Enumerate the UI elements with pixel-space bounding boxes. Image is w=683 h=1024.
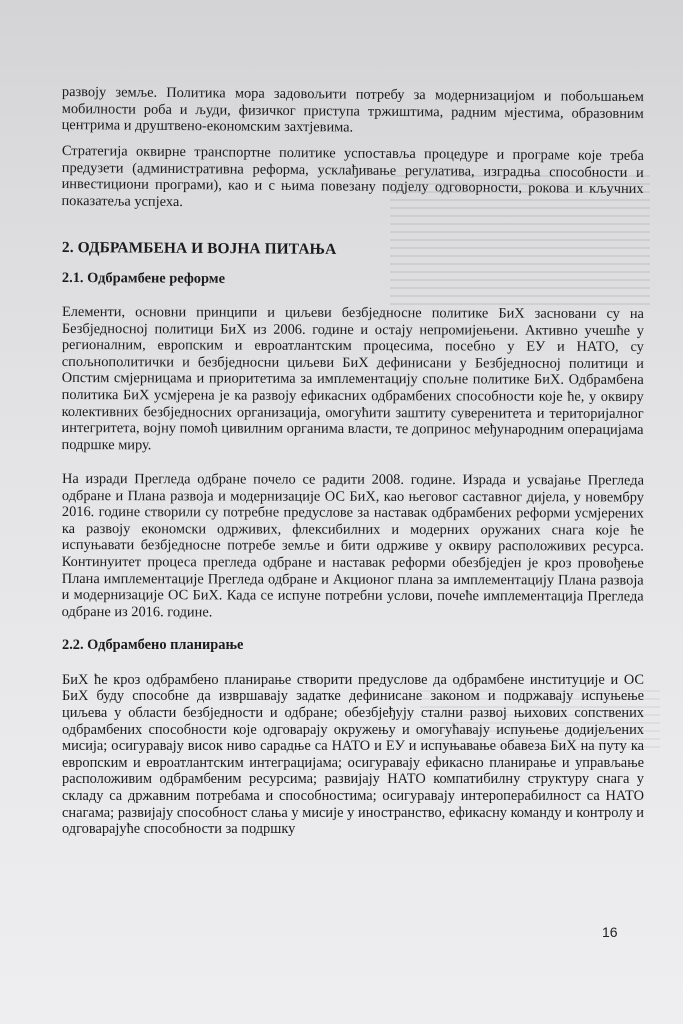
page-number: 16 <box>602 924 618 940</box>
page-content: развоју земље. Политика мора задовољити … <box>62 84 644 838</box>
defense-planning-paragraph: БиХ ће кроз одбрамбено планирање створит… <box>62 672 644 838</box>
defense-reforms-paragraph-1: Елементи, основни принципи и циљеви безб… <box>61 304 644 455</box>
subsection-heading-defense-planning: 2.2. Одбрамбено планирање <box>62 637 644 654</box>
defense-reforms-paragraph-2: На изради Прегледа одбране почело се рад… <box>62 471 644 622</box>
section-heading: 2. ОДБРАМБЕНА И ВОЈНА ПИТАЊА <box>62 239 644 261</box>
subsection-heading-defense-reforms: 2.1. Одбрамбене реформе <box>62 270 644 290</box>
document-page: развоју земље. Политика мора задовољити … <box>0 0 683 1024</box>
strategy-paragraph: Стратегија оквирне транспортне политике … <box>61 143 644 214</box>
continuation-paragraph: развоју земље. Политика мора задовољити … <box>62 84 644 139</box>
